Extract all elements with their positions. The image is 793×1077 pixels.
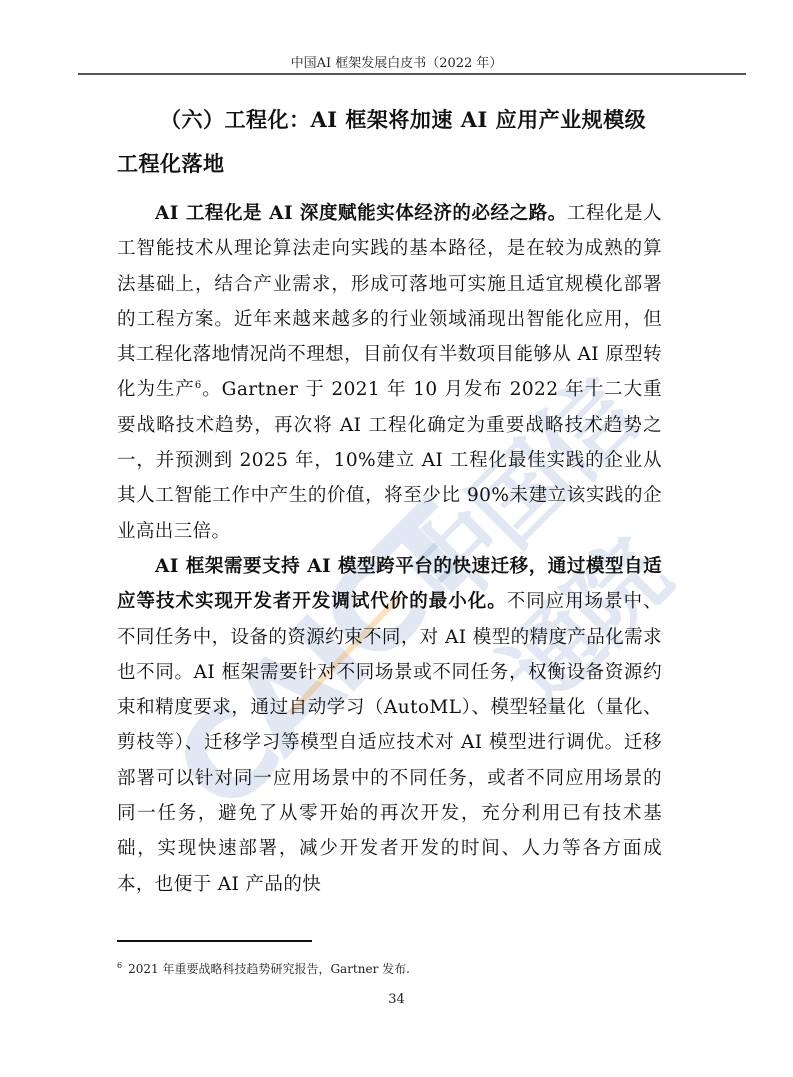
paragraph-model-migration: AI 框架需要支持 AI 模型跨平台的快速迁移，通过模型自适应等技术实现开发者开…: [117, 549, 662, 902]
footnote-text: 2021 年重要战略科技趋势研究报告，Gartner 发布.: [128, 962, 410, 976]
paragraph-text: 工程化是人工智能技术从理论算法走向实践的基本路径，是在较为成熟的算法基础上，结合…: [117, 203, 662, 400]
footnote: 62021 年重要战略科技趋势研究报告，Gartner 发布.: [117, 960, 410, 977]
footnote-reference[interactable]: 6: [195, 380, 202, 391]
paragraph-ai-engineering: AI 工程化是 AI 深度赋能实体经济的必经之路。工程化是人工智能技术从理论算法…: [117, 196, 662, 549]
page-body: （六）工程化：AI 框架将加速 AI 应用产业规模级工程化落地 AI 工程化是 …: [117, 98, 662, 902]
header-rule: [78, 73, 746, 75]
paragraph-text-continued: 。Gartner 于 2021 年 10 月发布 2022 年十二大重要战略技术…: [117, 379, 662, 541]
running-header: 中国AI 框架发展白皮书（2022 年）: [0, 52, 793, 71]
footnote-divider: [117, 940, 312, 942]
paragraph-lead: AI 工程化是 AI 深度赋能实体经济的必经之路。: [155, 203, 567, 224]
section-heading: （六）工程化：AI 框架将加速 AI 应用产业规模级工程化落地: [117, 98, 662, 186]
paragraph-text: 不同应用场景中、不同任务中，设备的资源约束不同，对 AI 模型的精度产品化需求也…: [117, 591, 662, 894]
page-number: 34: [0, 992, 793, 1007]
footnote-marker: 6: [117, 961, 122, 970]
